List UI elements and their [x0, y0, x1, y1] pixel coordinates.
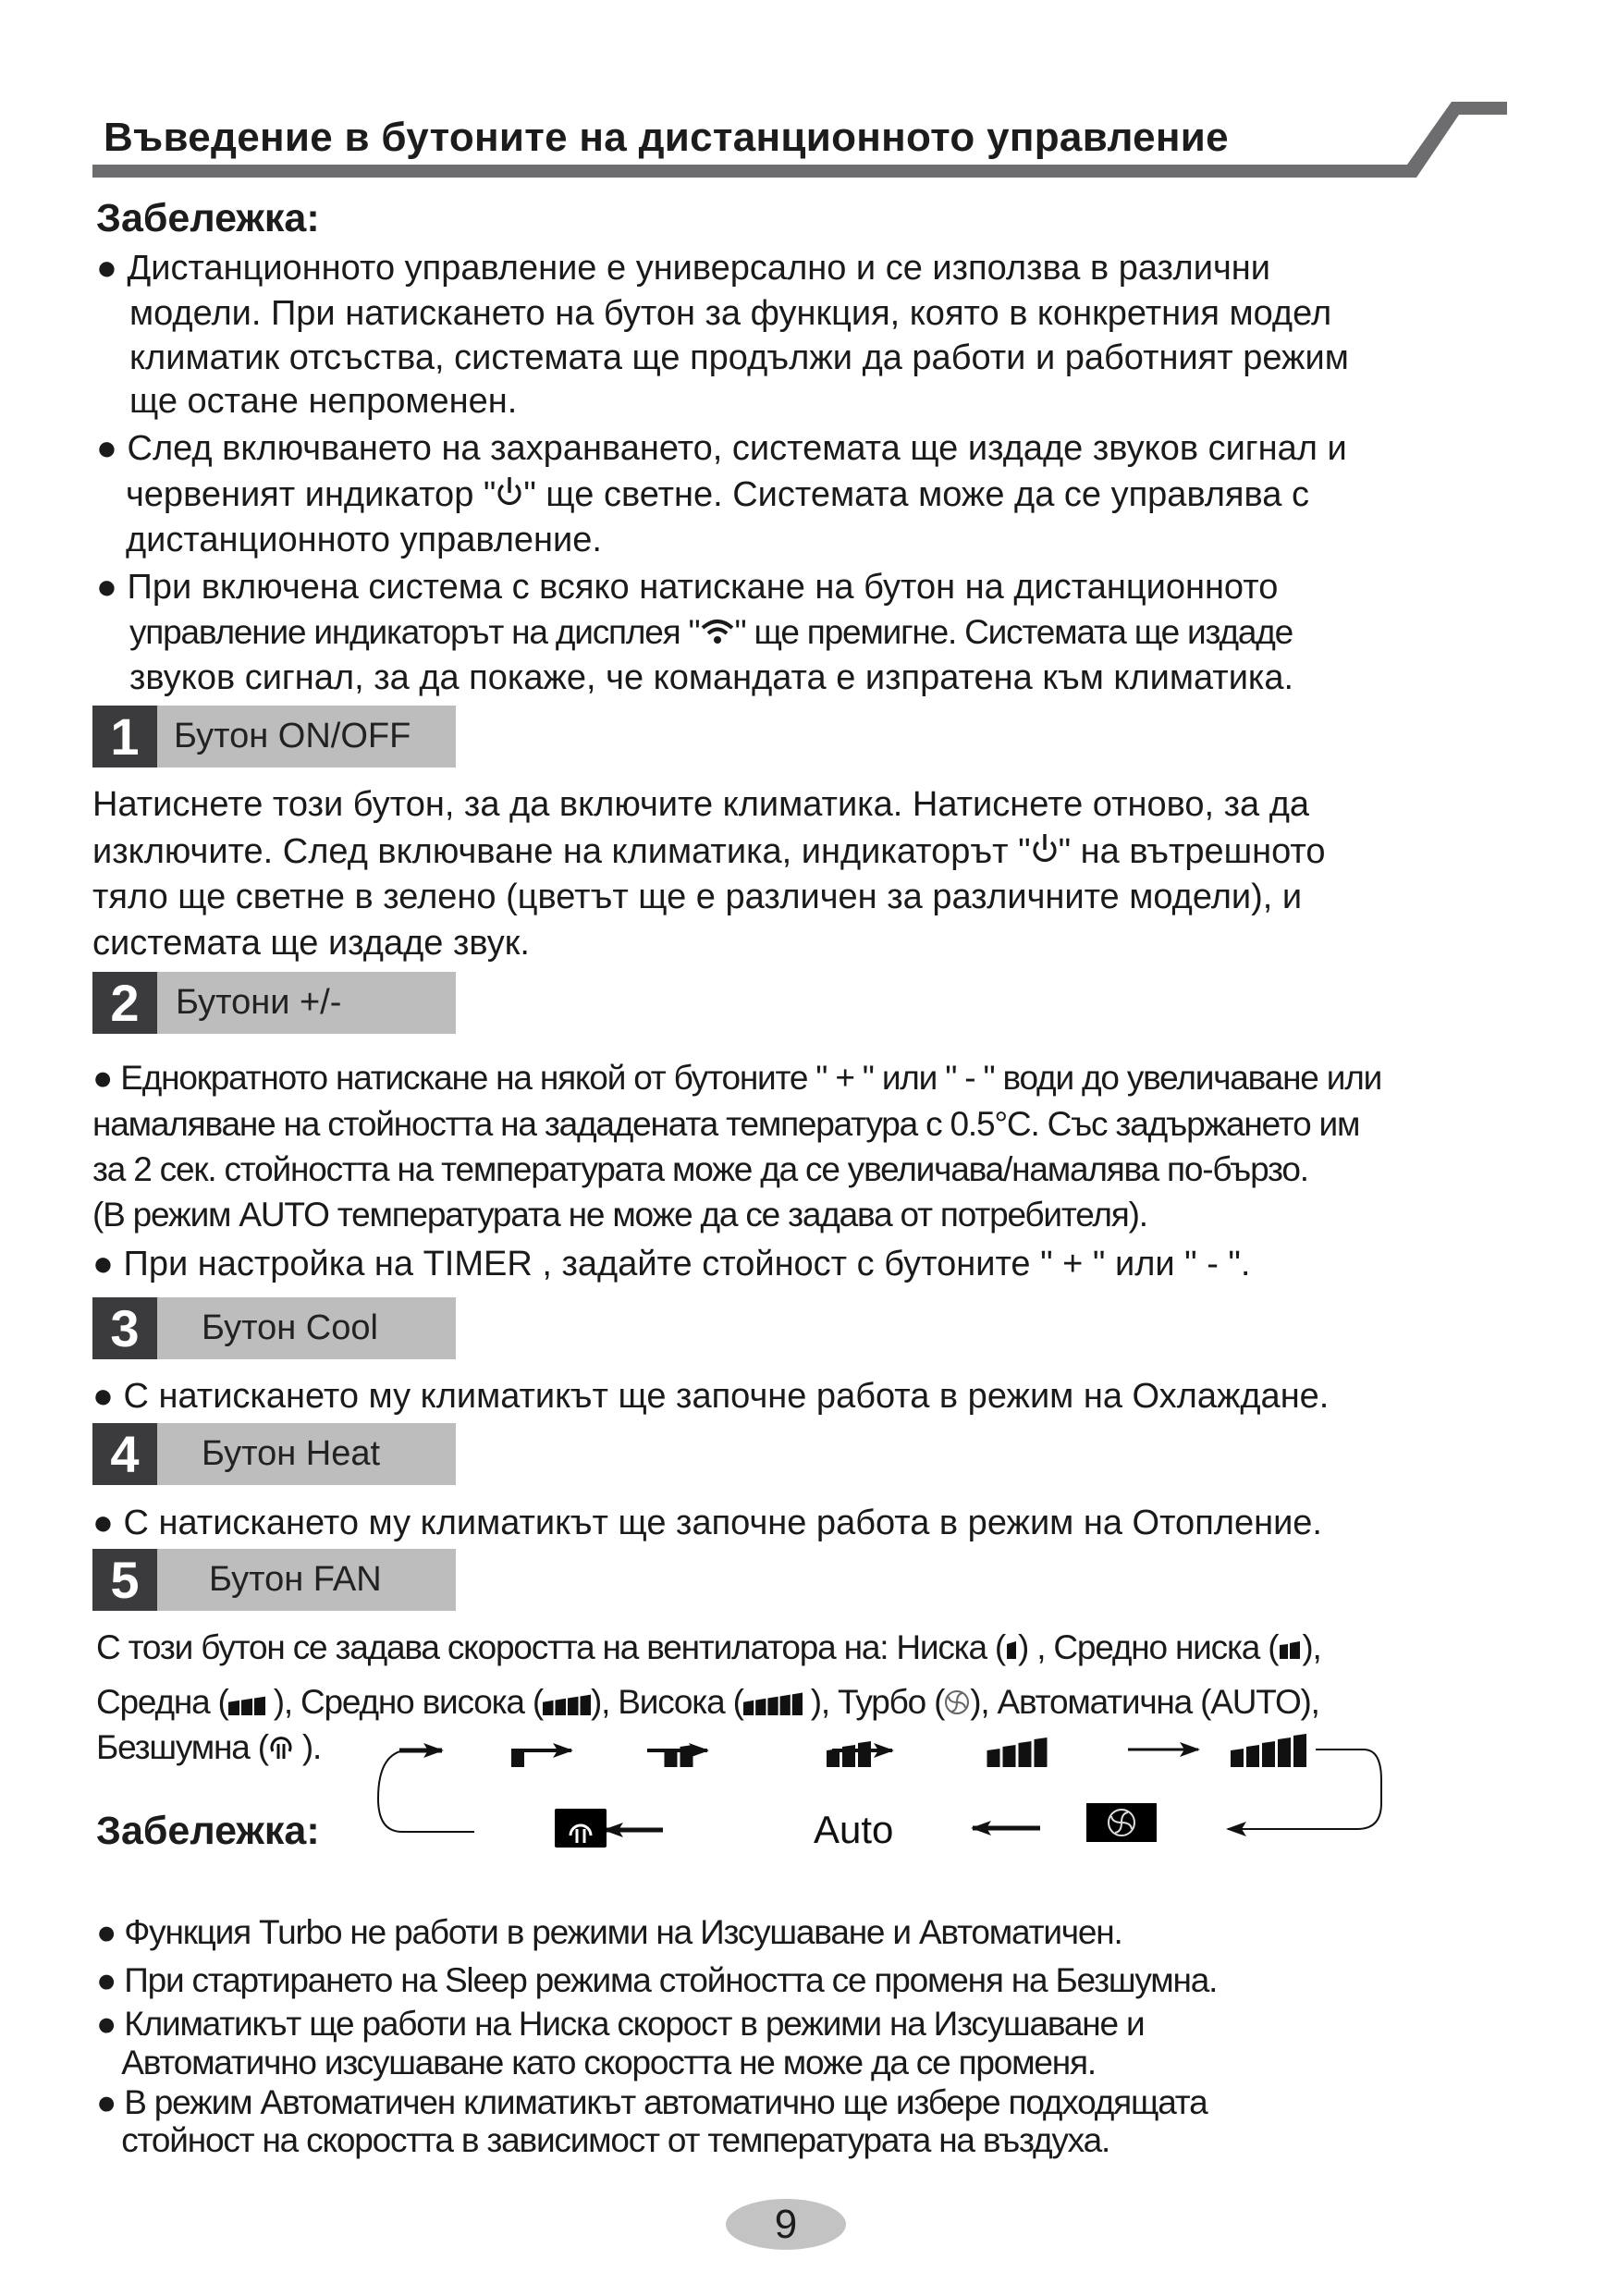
note-2: ● При стартирането на Sleep режима стойн…	[96, 1958, 1217, 2003]
turbo-box	[1086, 1803, 1157, 1842]
note-3-line-2: Автоматично изсушаване като скоростта не…	[96, 2041, 1096, 2085]
auto-label: Auto	[814, 1808, 893, 1852]
page-number: 9	[726, 2199, 846, 2250]
note-1: ● Функция Turbo не работи в режими на Из…	[96, 1910, 1122, 1955]
note-4-line-2: стойност на скоростта в зависимост от те…	[96, 2118, 1109, 2163]
note-3-line-1: ● Климатикът ще работи на Ниска скорост …	[96, 2002, 1144, 2046]
silent-box	[555, 1809, 607, 1848]
